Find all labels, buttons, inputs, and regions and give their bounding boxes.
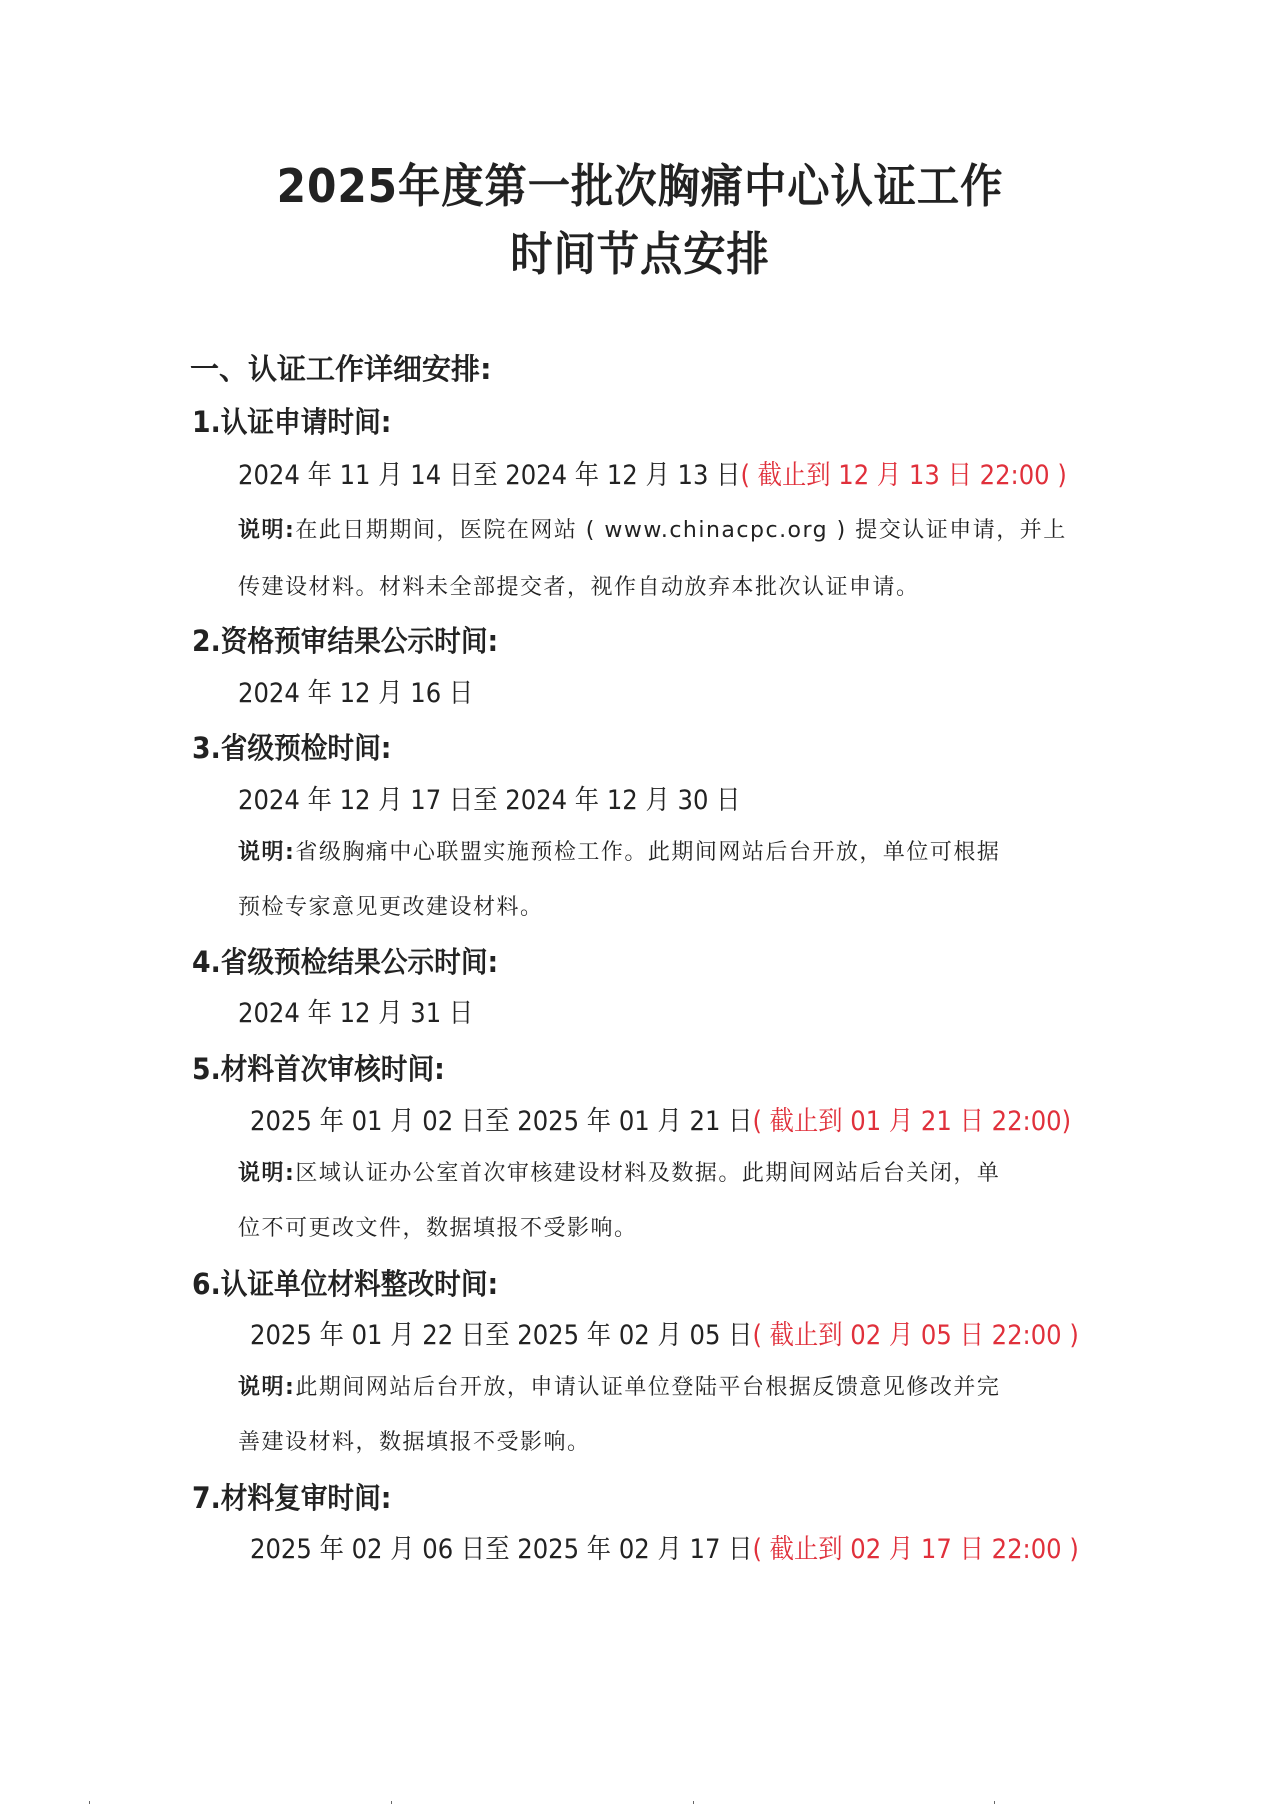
date-range: 2025 年 02 月 06 日至 2025 年 02 月 17 日: [250, 1534, 752, 1565]
section-heading: 一、认证工作详细安排:: [190, 355, 492, 384]
scan-tick-mark: [994, 1801, 995, 1804]
note-label: 说明:: [238, 840, 295, 865]
deadline-text: ( 截止到 02 月 05 日 22:00 ): [752, 1320, 1078, 1351]
deadline-text: ( 截止到 02 月 17 日 22:00 ): [752, 1534, 1078, 1565]
item-heading-4: 4.省级预检结果公示时间:: [192, 948, 498, 977]
note-text: 此期间网站后台开放，申请认证单位登陆平台根据反馈意见修改并完: [295, 1375, 1000, 1400]
document-page: 2025年度第一批次胸痛中心认证工作 时间节点安排 一、认证工作详细安排: 1.…: [0, 0, 1280, 1810]
item-note-6-line1: 说明:此期间网站后台开放，申请认证单位登陆平台根据反馈意见修改并完: [238, 1377, 1000, 1399]
deadline-text: ( 截止到 12 月 13 日 22:00 ): [740, 460, 1066, 491]
item-date-7: 2025 年 02 月 06 日至 2025 年 02 月 17 日( 截止到 …: [250, 1536, 1079, 1563]
note-text: 省级胸痛中心联盟实施预检工作。此期间网站后台开放，单位可根据: [295, 840, 1000, 865]
item-note-1-line2: 传建设材料。材料未全部提交者，视作自动放弃本批次认证申请。: [238, 577, 920, 599]
item-date-6: 2025 年 01 月 22 日至 2025 年 02 月 05 日( 截止到 …: [250, 1322, 1079, 1349]
item-date-3: 2024 年 12 月 17 日至 2024 年 12 月 30 日: [238, 787, 740, 814]
scan-tick-mark: [391, 1801, 392, 1804]
scan-tick-mark: [89, 1801, 90, 1804]
date-range: 2025 年 01 月 22 日至 2025 年 02 月 05 日: [250, 1320, 752, 1351]
note-label: 说明:: [238, 1161, 295, 1186]
item-note-5-line1: 说明:区域认证办公室首次审核建设材料及数据。此期间网站后台关闭，单: [238, 1163, 1000, 1185]
date-range: 2024 年 12 月 16 日: [238, 678, 473, 709]
item-note-3-line1: 说明:省级胸痛中心联盟实施预检工作。此期间网站后台开放，单位可根据: [238, 842, 1000, 864]
item-date-5: 2025 年 01 月 02 日至 2025 年 01 月 21 日( 截止到 …: [250, 1108, 1071, 1135]
item-note-5-line2: 位不可更改文件，数据填报不受影响。: [238, 1218, 638, 1240]
note-label: 说明:: [238, 518, 295, 543]
item-heading-6: 6.认证单位材料整改时间:: [192, 1270, 498, 1299]
date-range: 2024 年 12 月 17 日至 2024 年 12 月 30 日: [238, 785, 740, 816]
item-note-3-line2: 预检专家意见更改建设材料。: [238, 897, 544, 919]
item-heading-3: 3.省级预检时间:: [192, 734, 391, 763]
item-heading-2: 2.资格预审结果公示时间:: [192, 627, 498, 656]
item-date-2: 2024 年 12 月 16 日: [238, 680, 473, 707]
item-heading-5: 5.材料首次审核时间:: [192, 1055, 445, 1084]
document-title-line2: 时间节点安排: [51, 231, 1229, 277]
date-range: 2024 年 12 月 31 日: [238, 998, 473, 1029]
item-note-6-line2: 善建设材料，数据填报不受影响。: [238, 1432, 591, 1454]
document-title-line1: 2025年度第一批次胸痛中心认证工作: [51, 163, 1229, 209]
deadline-text: ( 截止到 01 月 21 日 22:00): [752, 1106, 1071, 1137]
note-text: 在此日期期间，医院在网站 ( www.chinacpc.org ) 提交认证申请…: [295, 518, 1066, 543]
item-heading-7: 7.材料复审时间:: [192, 1484, 391, 1513]
date-range: 2024 年 11 月 14 日至 2024 年 12 月 13 日: [238, 460, 740, 491]
item-date-1: 2024 年 11 月 14 日至 2024 年 12 月 13 日( 截止到 …: [238, 462, 1067, 489]
note-text: 区域认证办公室首次审核建设材料及数据。此期间网站后台关闭，单: [295, 1161, 1000, 1186]
item-date-4: 2024 年 12 月 31 日: [238, 1000, 473, 1027]
item-note-1-line1: 说明:在此日期期间，医院在网站 ( www.chinacpc.org ) 提交认…: [238, 520, 1067, 542]
note-label: 说明:: [238, 1375, 295, 1400]
item-heading-1: 1.认证申请时间:: [192, 408, 391, 437]
scan-tick-mark: [693, 1801, 694, 1804]
date-range: 2025 年 01 月 02 日至 2025 年 01 月 21 日: [250, 1106, 752, 1137]
